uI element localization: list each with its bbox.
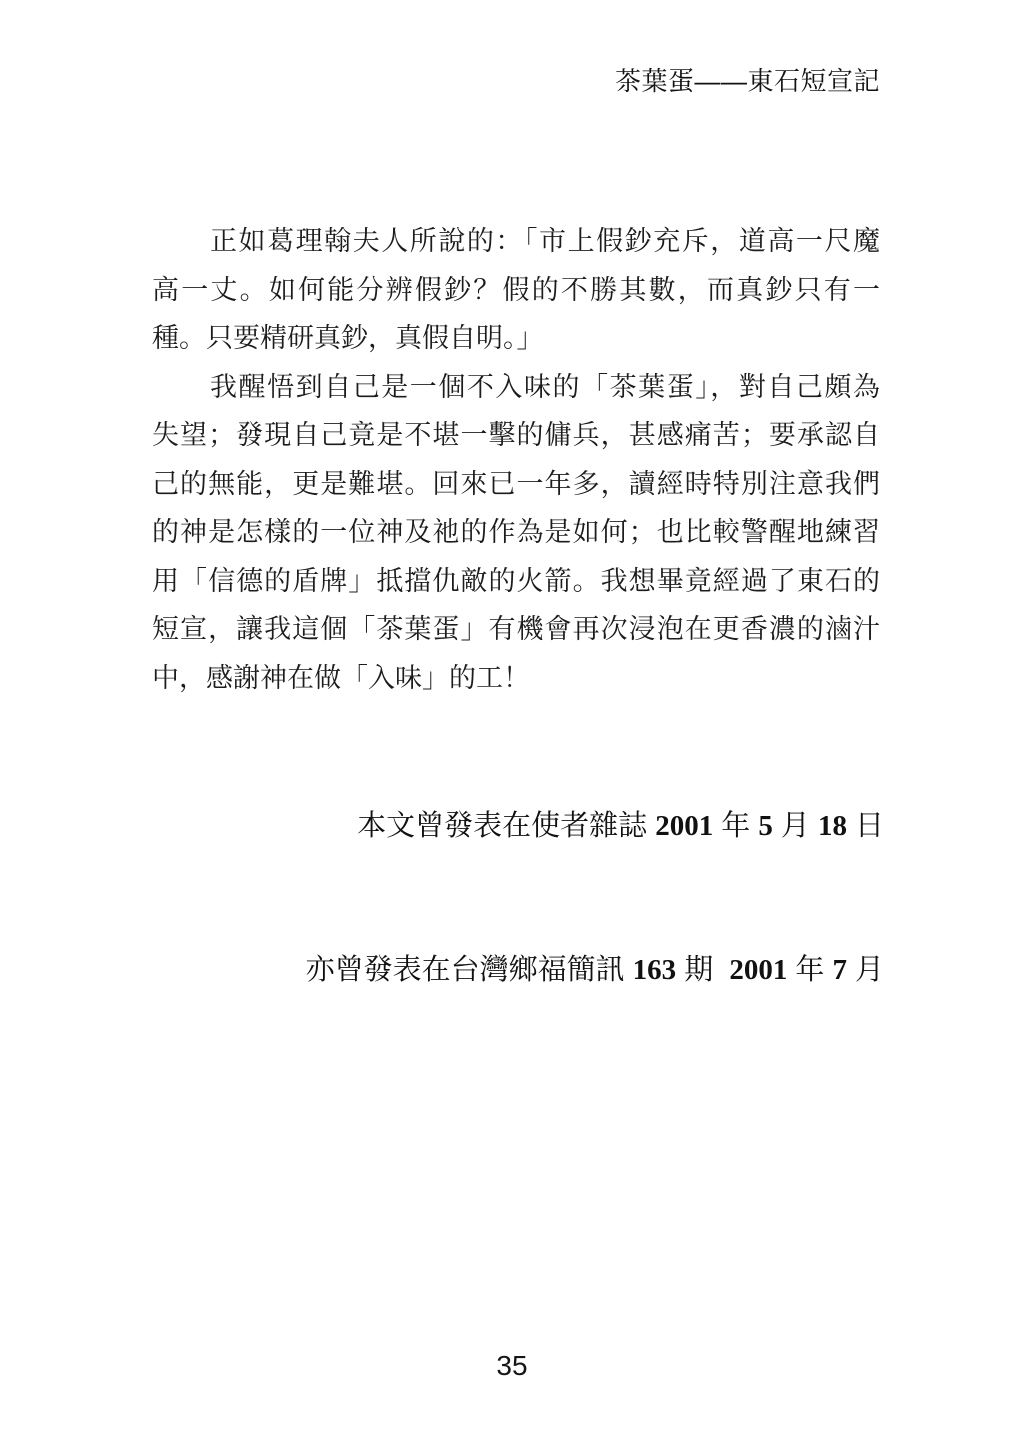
page-number: 35: [0, 1350, 1024, 1382]
attribution-month: 5: [758, 810, 773, 842]
body-line: 中，感謝神在做「入味」的工！: [152, 654, 880, 703]
attribution-text: 日: [847, 810, 884, 842]
attribution-month: 7: [832, 954, 847, 986]
body-line: 己的無能，更是難堪。回來已一年多，讀經時特別注意我們: [152, 460, 880, 509]
attribution-year: 2001: [729, 954, 787, 986]
body-line: 用「信德的盾牌」抵擋仇敵的火箭。我想畢竟經過了東石的: [152, 557, 880, 606]
attribution-block: 本文曾發表在使者雜誌 2001 年 5 月 18 日 亦曾發表在台灣鄉福簡訊 1…: [132, 754, 884, 1042]
attribution-line-1: 本文曾發表在使者雜誌 2001 年 5 月 18 日: [132, 754, 884, 898]
body-text: 正如葛理翰夫人所說的：「市上假鈔充斥，道高一尺魔 高一丈。如何能分辨假鈔？假的不…: [152, 217, 880, 702]
attribution-issue: 163: [633, 954, 677, 986]
body-line: 我醒悟到自己是一個不入味的「茶葉蛋」，對自己頗為: [152, 363, 880, 412]
attribution-text: 期: [676, 954, 729, 986]
body-line: 的神是怎樣的一位神及祂的作為是如何；也比較警醒地練習: [152, 508, 880, 557]
attribution-line-2: 亦曾發表在台灣鄉福簡訊 163 期 2001 年 7 月: [132, 898, 884, 1042]
body-line: 失望；發現自己竟是不堪一擊的傭兵，甚感痛苦；要承認自: [152, 411, 880, 460]
attribution-text: 年: [787, 954, 832, 986]
attribution-text: 亦曾發表在台灣鄉福簡訊: [306, 954, 633, 986]
book-page: 茶葉蛋——東石短宣記 正如葛理翰夫人所說的：「市上假鈔充斥，道高一尺魔 高一丈。…: [0, 0, 1024, 1453]
attribution-text: 月: [773, 810, 818, 842]
body-line: 短宣，讓我這個「茶葉蛋」有機會再次浸泡在更香濃的滷汁: [152, 605, 880, 654]
chapter-title: 茶葉蛋——東石短宣記: [615, 66, 880, 96]
attribution-text: 年: [713, 810, 758, 842]
running-head: 茶葉蛋——東石短宣記: [152, 66, 880, 96]
body-line: 高一丈。如何能分辨假鈔？假的不勝其數，而真鈔只有一: [152, 266, 880, 315]
body-line: 正如葛理翰夫人所說的：「市上假鈔充斥，道高一尺魔: [152, 217, 880, 266]
attribution-text: 月: [847, 954, 884, 986]
attribution-text: 本文曾發表在使者雜誌: [357, 810, 655, 842]
attribution-year: 2001: [655, 810, 713, 842]
attribution-day: 18: [818, 810, 847, 842]
body-line: 種。只要精研真鈔，真假自明。」: [152, 314, 880, 363]
